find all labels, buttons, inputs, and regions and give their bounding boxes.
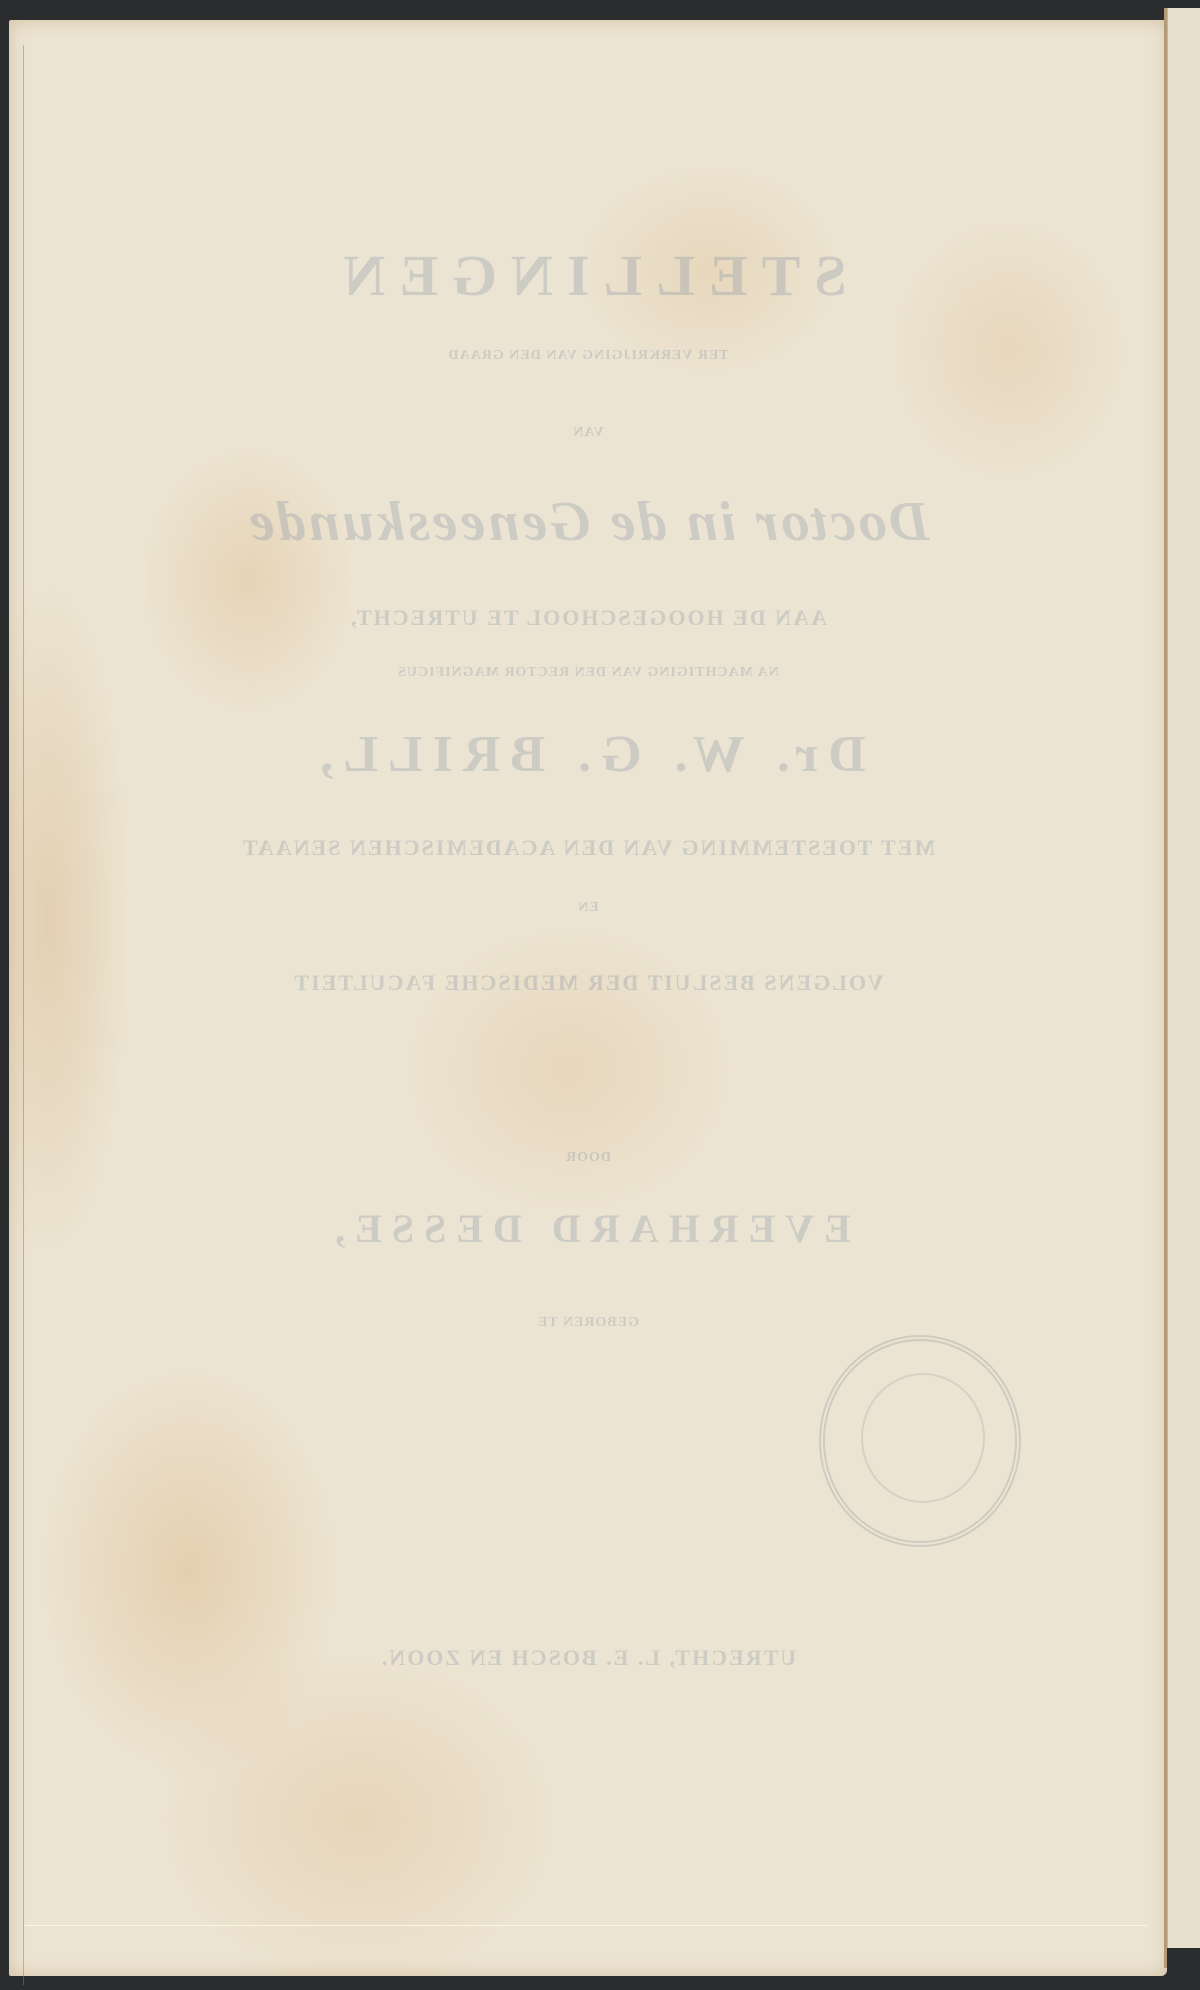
- library-stamp-icon: [819, 1335, 1021, 1547]
- scanned-page: STELLINGEN TER VERKRIJGING VAN DEN GRAAD…: [9, 20, 1167, 1976]
- show-through-degree: Doctor in de Geneeskunde: [9, 490, 1167, 554]
- show-through-line: GEBOREN TE: [9, 1315, 1167, 1331]
- show-through-line: VAN: [9, 425, 1167, 441]
- show-through-author: EVERHARD DESSE,: [9, 1205, 1167, 1252]
- stamp-inner-ring: [861, 1373, 985, 1503]
- show-through-line: VOLGENS BESLUIT DER MEDISCHE FACULTEIT: [9, 970, 1167, 996]
- show-through-title: STELLINGEN: [9, 242, 1167, 309]
- page-edge-line: [23, 45, 24, 1985]
- show-through-line: AAN DE HOOGESCHOOL TE UTRECHT,: [9, 605, 1167, 631]
- show-through-imprint: UTRECHT, L. E. BOSCH EN ZOON.: [9, 1645, 1167, 1671]
- show-through-line: TER VERKRIJGING VAN DEN GRAAD: [9, 348, 1167, 364]
- show-through-line: NA MACHTIGING VAN DEN RECTOR MAGNIFICUS: [9, 665, 1167, 681]
- adjacent-page-edge: [1167, 8, 1200, 1948]
- show-through-line: MET TOESTEMMING VAN DEN ACADEMISCHEN SEN…: [9, 835, 1167, 861]
- show-through-rector: Dr. W. G. BRILL,: [9, 725, 1167, 784]
- show-through-line: EN: [9, 900, 1167, 916]
- show-through-line: DOOR: [9, 1150, 1167, 1166]
